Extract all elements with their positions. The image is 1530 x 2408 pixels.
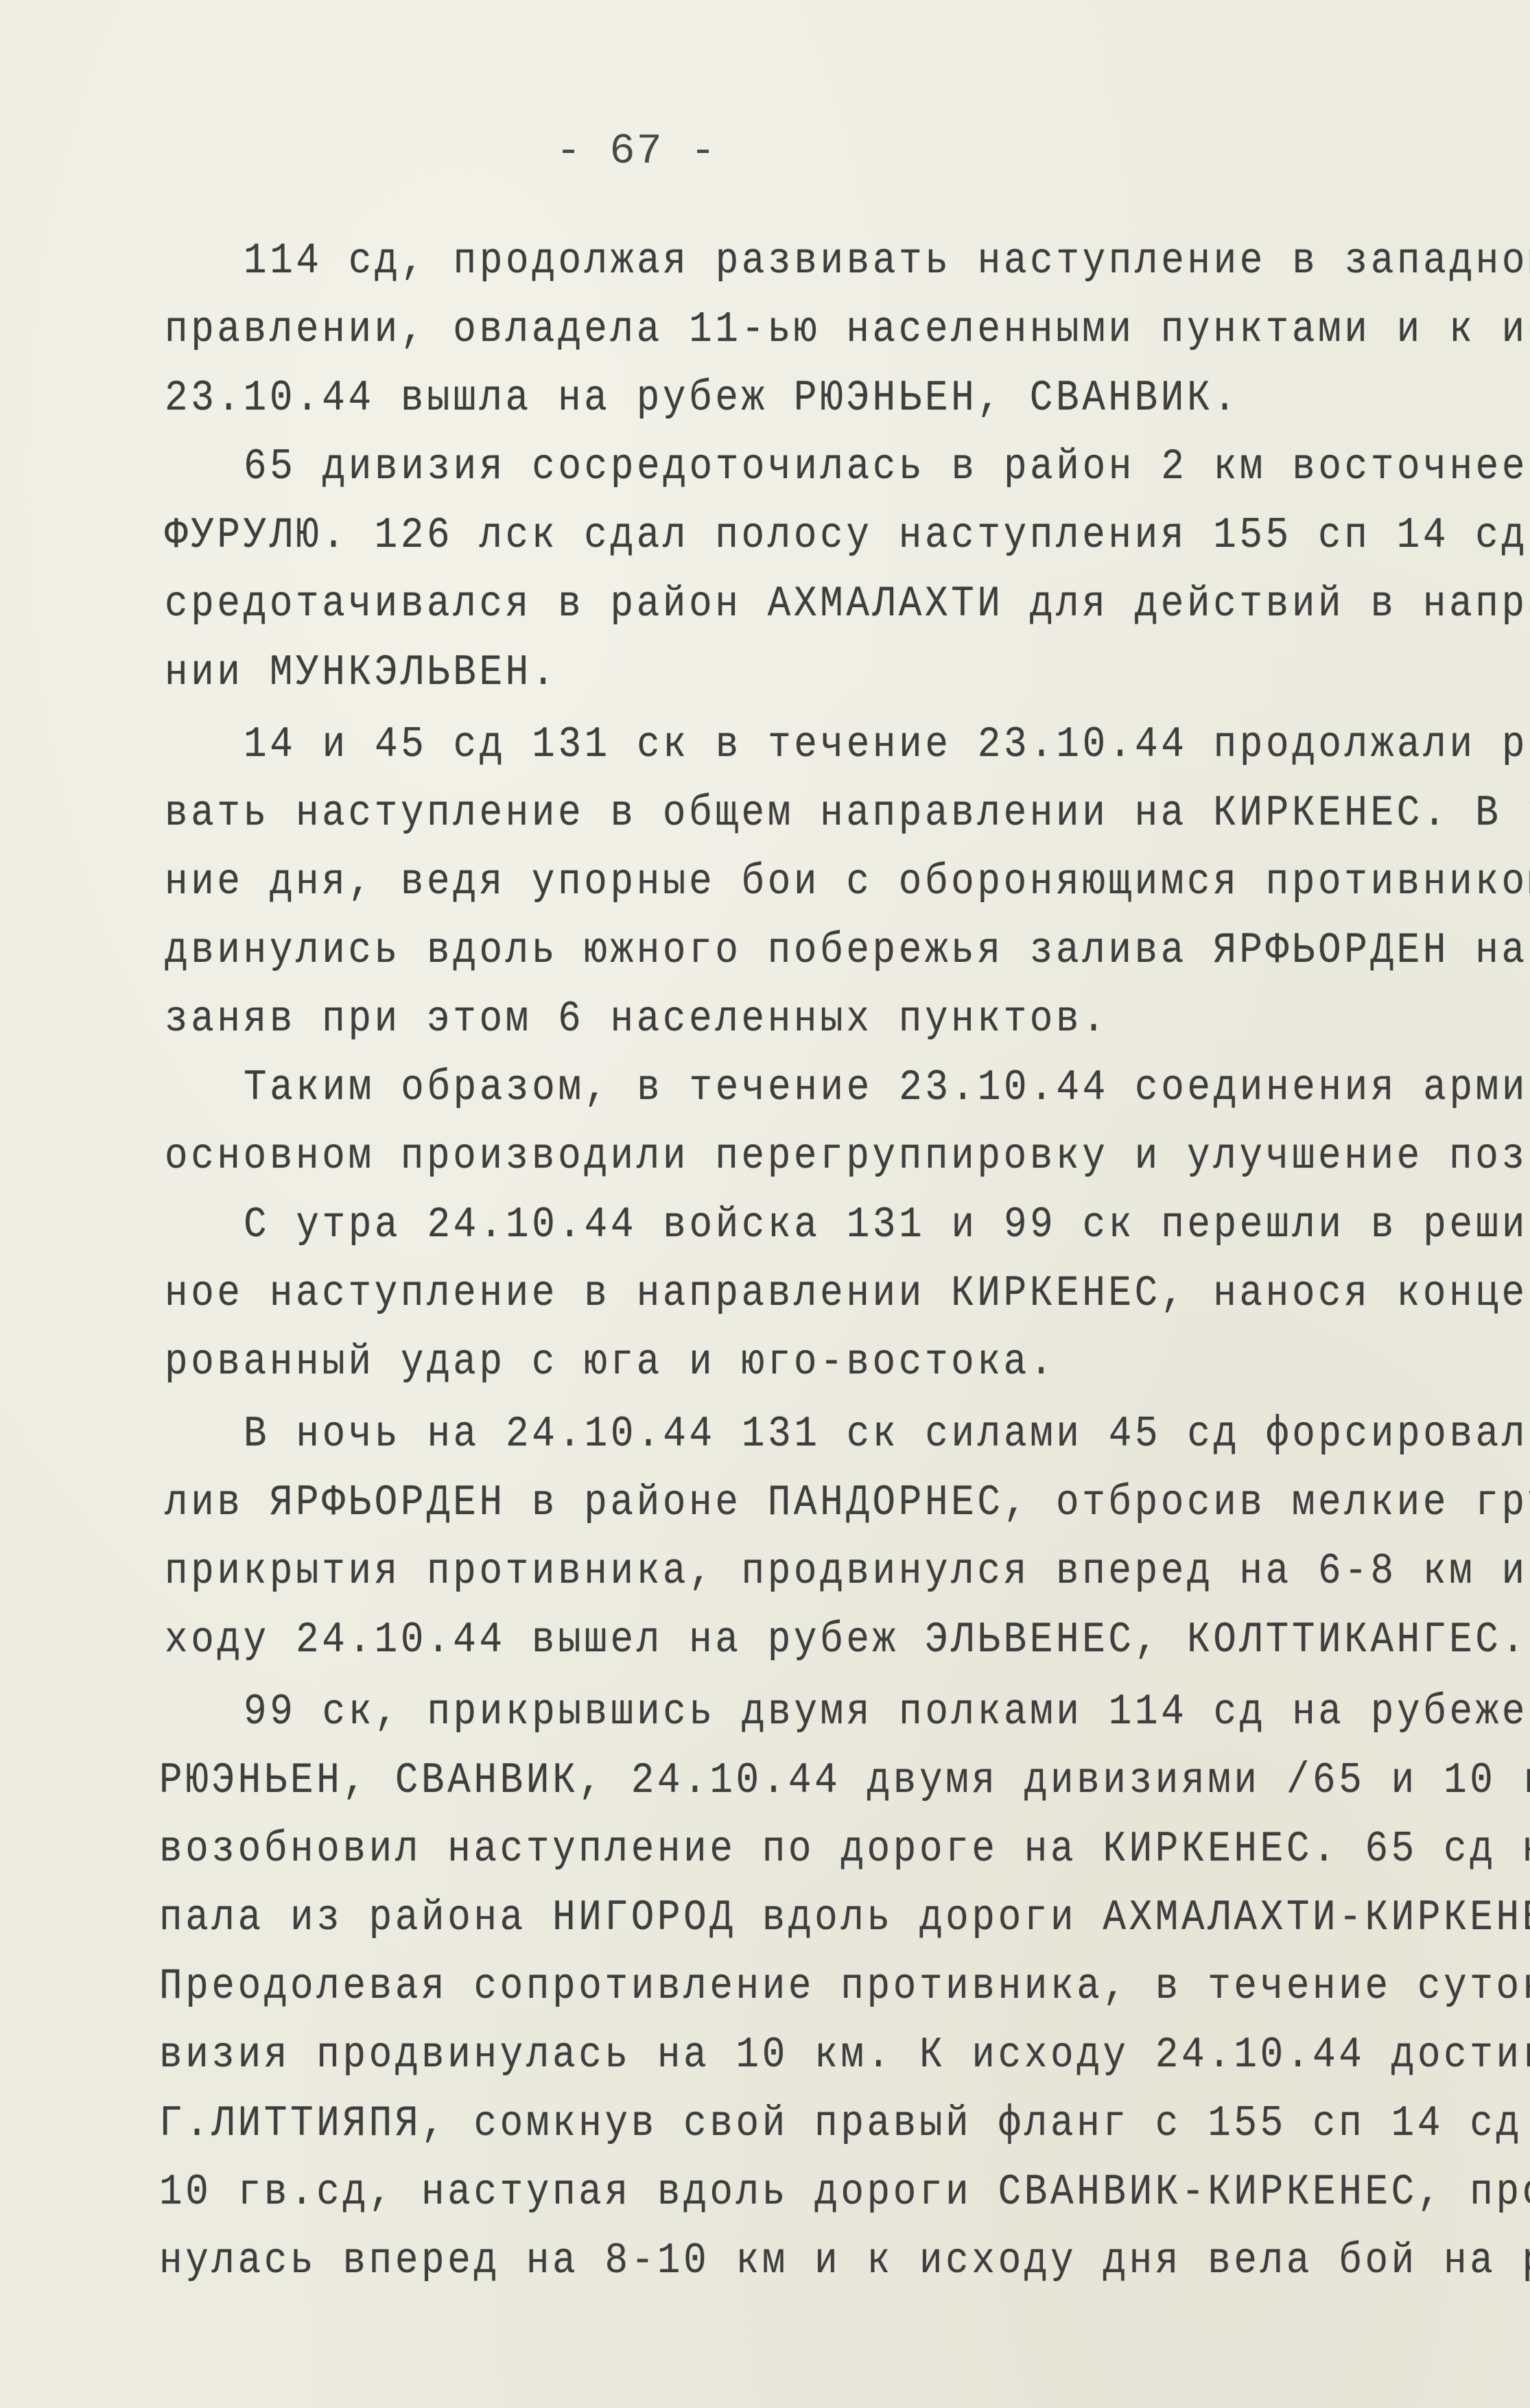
text-line: 10 гв.сд, наступая вдоль дороги СВАНВИК-… [159, 2165, 1530, 2219]
text-line: вать наступление в общем направлении на … [165, 786, 1530, 840]
text-line: средотачивался в район АХМАЛАХТИ для дей… [165, 577, 1530, 630]
text-line: нии МУНКЭЛЬВЕН. [165, 646, 558, 699]
text-line: основном производили перегруппировку и у… [165, 1129, 1530, 1183]
text-line: двинулись вдоль южного побережья залива … [165, 923, 1530, 977]
text-line: Таким образом, в течение 23.10.44 соедин… [244, 1061, 1530, 1114]
text-line: ное наступление в направлении КИРКЕНЕС, … [165, 1266, 1530, 1320]
text-line: правлении, овладела 11-ью населенными пу… [165, 303, 1530, 356]
text-line: лив ЯРФЬОРДЕН в районе ПАНДОРНЕС, отброс… [165, 1476, 1530, 1529]
text-line: прикрытия противника, продвинулся вперед… [165, 1544, 1530, 1598]
text-line: 114 сд, продолжая развивать наступление … [244, 234, 1530, 287]
text-line: ходу 24.10.44 вышел на рубеж ЭЛЬВЕНЕС, К… [165, 1613, 1528, 1666]
text-line: заняв при этом 6 населенных пунктов. [165, 992, 1108, 1046]
text-line: В ночь на 24.10.44 131 ск силами 45 сд ф… [244, 1407, 1530, 1461]
text-line: ФУРУЛЮ. 126 лск сдал полосу наступления … [165, 508, 1530, 562]
page-number: - 67 - [556, 127, 717, 176]
text-line: пала из района НИГОРОД вдоль дороги АХМА… [159, 1891, 1530, 1944]
text-line: Г.ЛИТТИЯПЯ, сомкнув свой правый фланг с … [159, 2097, 1530, 2150]
text-line: визия продвинулась на 10 км. К исходу 24… [159, 2028, 1530, 2081]
text-line: возобновил наступление по дороге на КИРК… [159, 1822, 1530, 1876]
text-line: С утра 24.10.44 войска 131 и 99 ск переш… [244, 1198, 1530, 1251]
text-line: 23.10.44 вышла на рубеж РЮЭНЬЕН, СВАНВИК… [165, 371, 1239, 425]
text-line: РЮЭНЬЕН, СВАНВИК, 24.10.44 двумя дивизия… [159, 1754, 1530, 1807]
text-line: 14 и 45 сд 131 ск в течение 23.10.44 про… [244, 718, 1530, 771]
text-line: 99 ск, прикрывшись двумя полками 114 сд … [244, 1685, 1528, 1738]
text-line: нулась вперед на 8-10 км и к исходу дня … [159, 2234, 1530, 2287]
typewritten-page: - 67 - 114 сд, продолжая развивать насту… [0, 0, 1530, 2408]
text-line: Преодолевая сопротивление противника, в … [159, 1959, 1530, 2013]
text-line: рованный удар с юга и юго-востока. [165, 1335, 1056, 1389]
text-line: 65 дивизия сосредоточилась в район 2 км … [244, 440, 1528, 493]
text-line: ние дня, ведя упорные бои с обороняющимс… [165, 855, 1530, 908]
